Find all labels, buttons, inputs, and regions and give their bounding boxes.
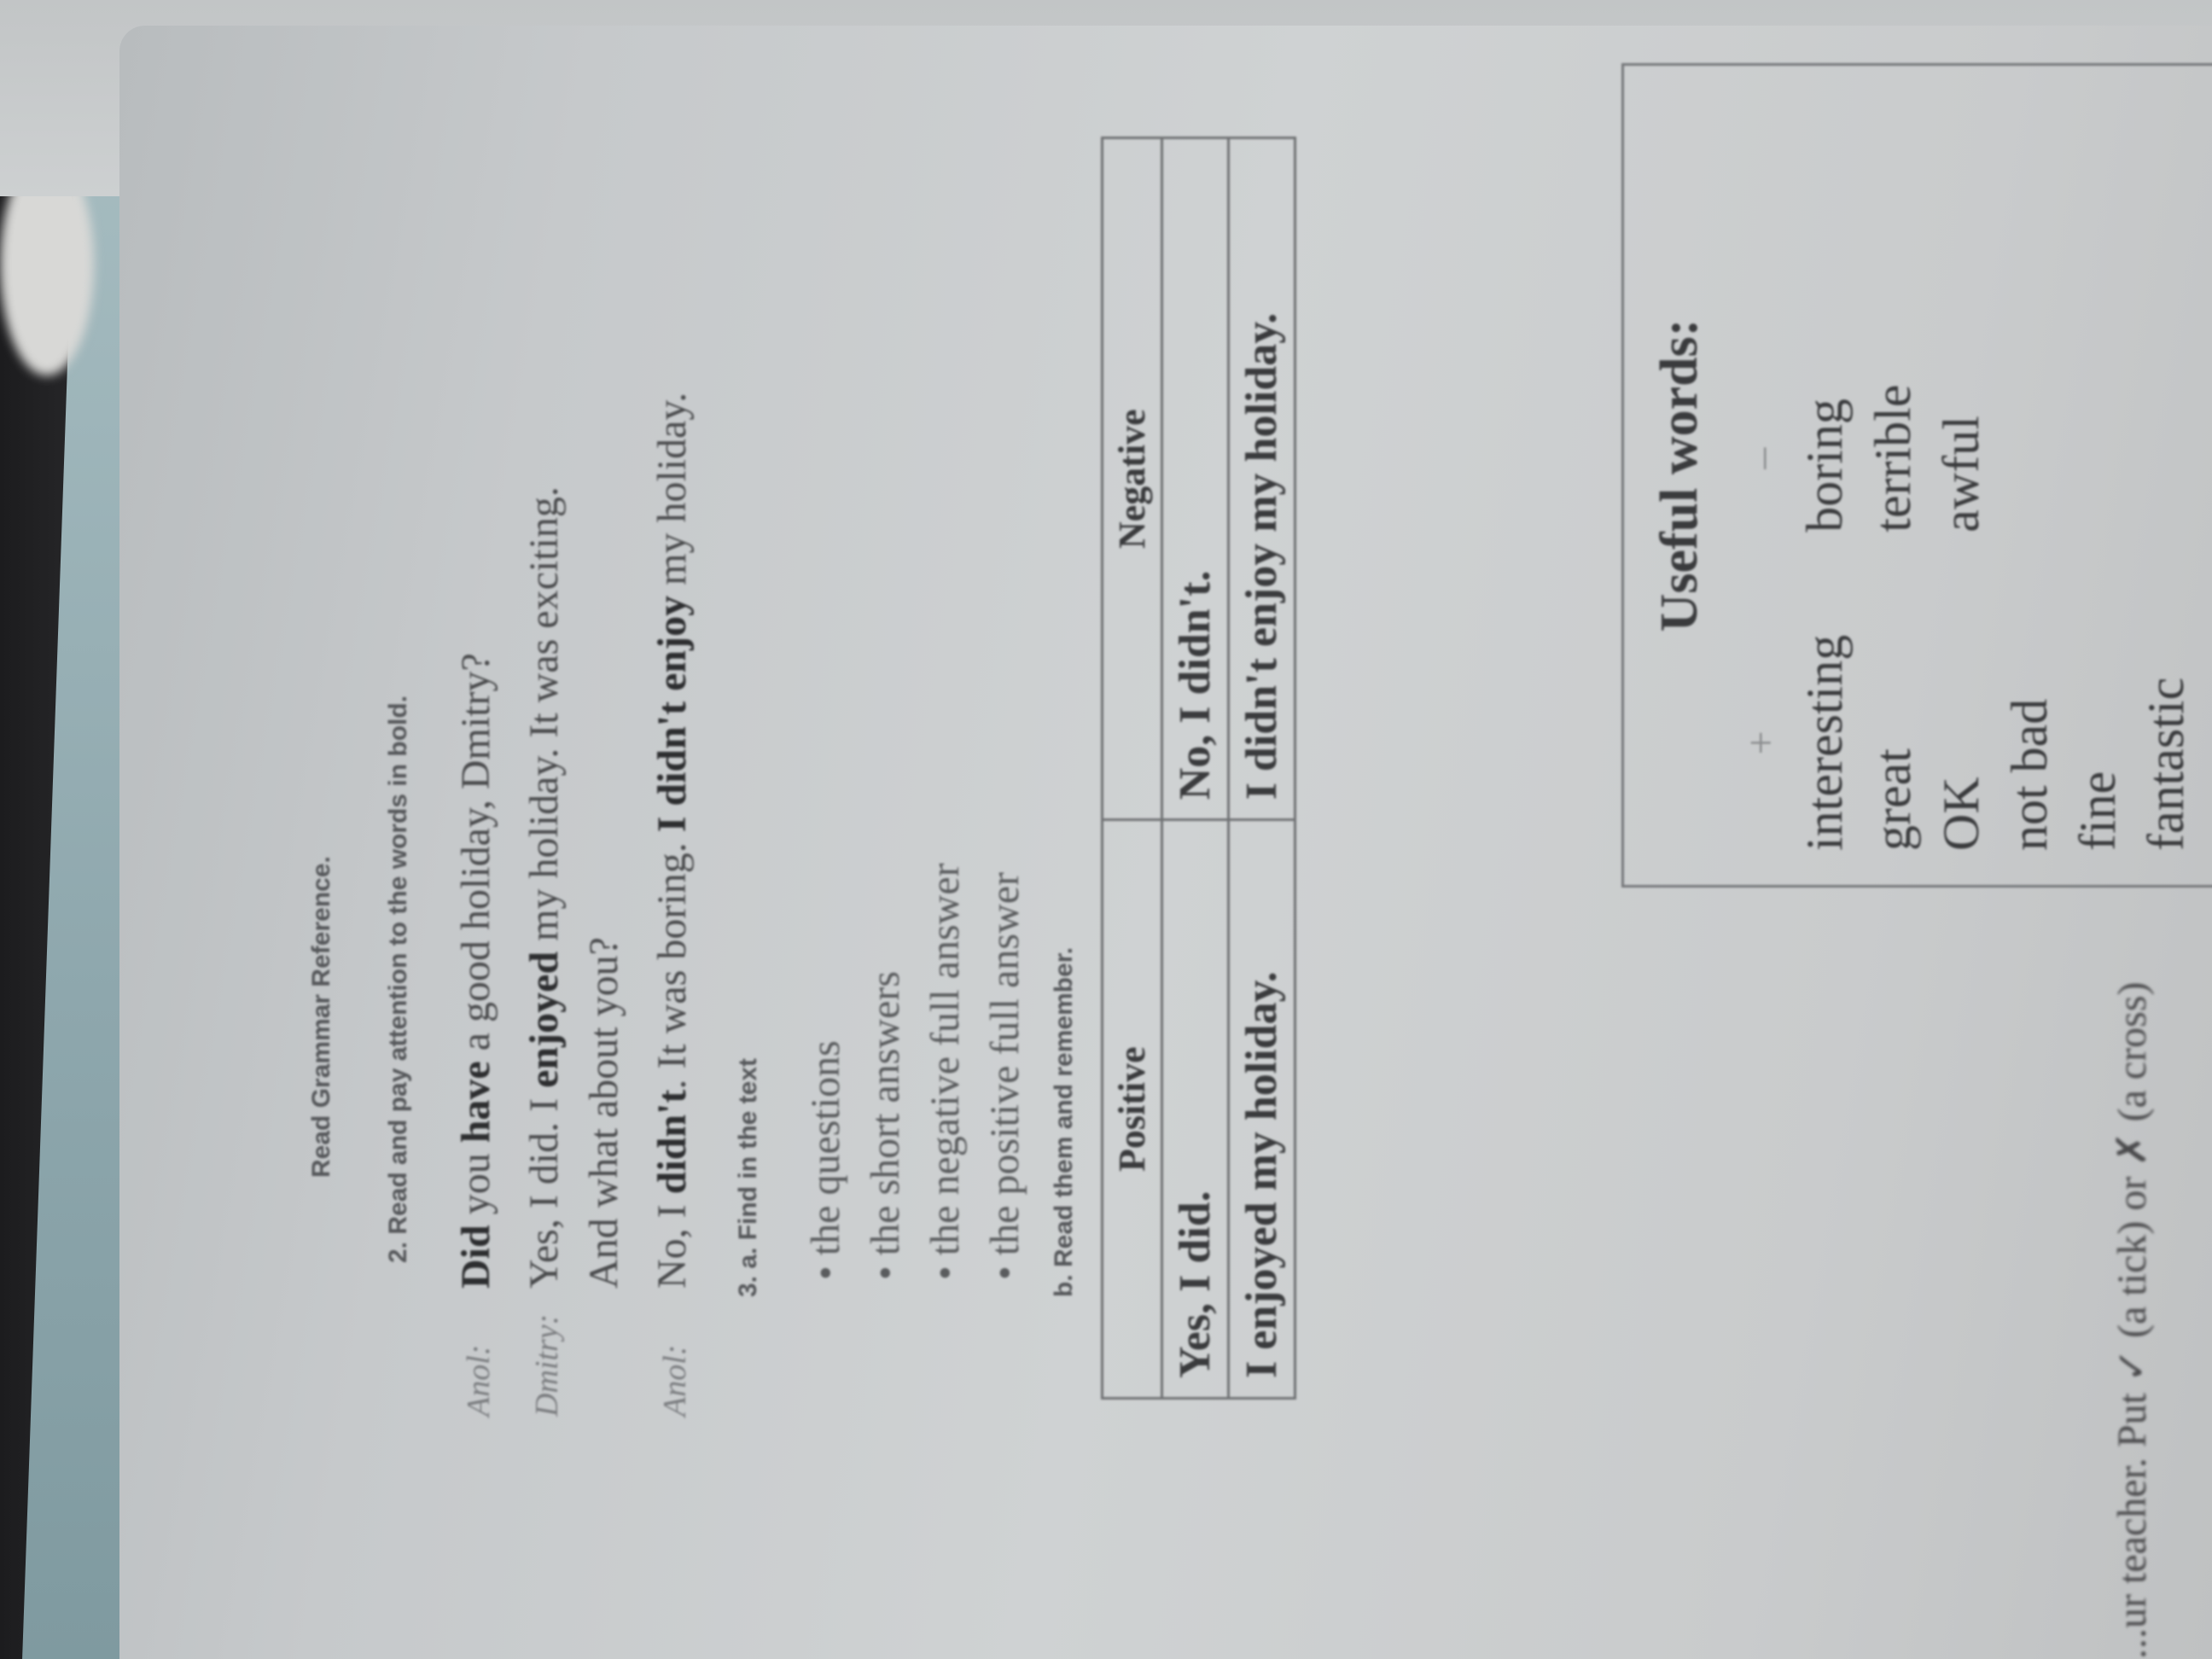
word-item: interesting <box>1790 635 1859 851</box>
dialogue-text: my holiday. It was exciting. <box>521 486 567 952</box>
speaker-label: Anol: <box>460 1289 498 1417</box>
dialogue-text: . It was boring. <box>649 832 695 1089</box>
list-item: • the questions <box>802 1040 849 1280</box>
page-content: Read Grammar Reference. 2. Read and pay … <box>256 68 2176 1621</box>
dialogue-line: And what about you? <box>580 937 627 1417</box>
dialogue-text: you <box>453 1143 498 1225</box>
table-cell: Yes, I did. <box>1162 820 1229 1399</box>
exercise-3a-instruction: 3. a. Find in the text <box>734 1058 763 1297</box>
exercise-2-instruction: 2. Read and pay attention to the words i… <box>384 696 413 1263</box>
positive-words-column: + interestinggreatOKnot badfinefantastic <box>1731 635 2200 851</box>
table-row: Yes, I did. No, I didn't. <box>1162 138 1229 1399</box>
cut-off-instruction: ...ur teacher. Put ✓ (a tick) or ✗ (a cr… <box>2108 982 2156 1659</box>
word-item: awful <box>1927 384 1995 532</box>
word-item: fantastic <box>2132 635 2200 851</box>
word-item: great <box>1859 635 1927 851</box>
speaker-label: Dmitry: <box>528 1289 566 1417</box>
dialogue-text: No, I <box>649 1194 695 1289</box>
dialogue-line: Anol:No, I didn't. It was boring. I didn… <box>649 393 696 1417</box>
grammar-reference-note: Read Grammar Reference. <box>307 856 336 1178</box>
list-item: • the short answers <box>862 971 909 1280</box>
dialogue-text: And what about you? <box>581 937 626 1289</box>
table-cell: I enjoyed my holiday. <box>1229 820 1295 1399</box>
word-item: boring <box>1790 384 1859 532</box>
table-row: I enjoyed my holiday. I didn't enjoy my … <box>1229 138 1295 1399</box>
table-cell: I didn't enjoy my holiday. <box>1229 138 1295 820</box>
word-item: OK <box>1927 635 1995 851</box>
cell-text: I enjoyed my holiday. <box>1237 971 1286 1378</box>
list-item: • the positive full answer <box>981 872 1028 1280</box>
cell-text: I didn't enjoy my holiday. <box>1237 313 1286 800</box>
dialogue-line: Dmitry:Yes, I did. I enjoyed my holiday.… <box>521 486 568 1417</box>
word-item: fine <box>2064 635 2132 851</box>
table-header-positive: Positive <box>1103 820 1162 1399</box>
plus-icon: + <box>1731 635 1790 851</box>
exercise-3b-instruction: b. Read them and remember. <box>1050 947 1079 1297</box>
dialogue-text: didn't <box>649 1090 695 1195</box>
negative-words-column: – boringterribleawful <box>1731 384 2200 532</box>
dialogue-text: enjoyed <box>521 952 567 1088</box>
dialogue-text: have <box>453 1061 498 1143</box>
word-item: terrible <box>1859 384 1927 532</box>
dialogue-text: my holiday. <box>649 393 695 596</box>
grammar-table: Positive Negative Yes, I did. No, I didn… <box>1101 137 1296 1400</box>
dialogue-text: Yes, I did. I <box>521 1088 567 1289</box>
minus-icon: – <box>1731 384 1790 532</box>
list-item: • the negative full answer <box>922 863 969 1280</box>
dialogue-line: Anol:Did you have a good holiday, Dmitry… <box>452 653 499 1417</box>
table-header-negative: Negative <box>1103 138 1162 820</box>
speaker-label: Anol: <box>656 1289 694 1417</box>
table-cell: No, I didn't. <box>1162 138 1229 820</box>
useful-words-title: Useful words: <box>1650 100 1710 851</box>
dialogue-text: I didn't enjoy <box>649 596 695 832</box>
dialogue-text: Did <box>453 1225 498 1289</box>
dialogue-text: a good holiday, Dmitry? <box>453 653 498 1061</box>
word-item: not bad <box>1995 635 2064 851</box>
useful-words-box: Useful words: + interestinggreatOKnot ba… <box>1621 63 2212 888</box>
